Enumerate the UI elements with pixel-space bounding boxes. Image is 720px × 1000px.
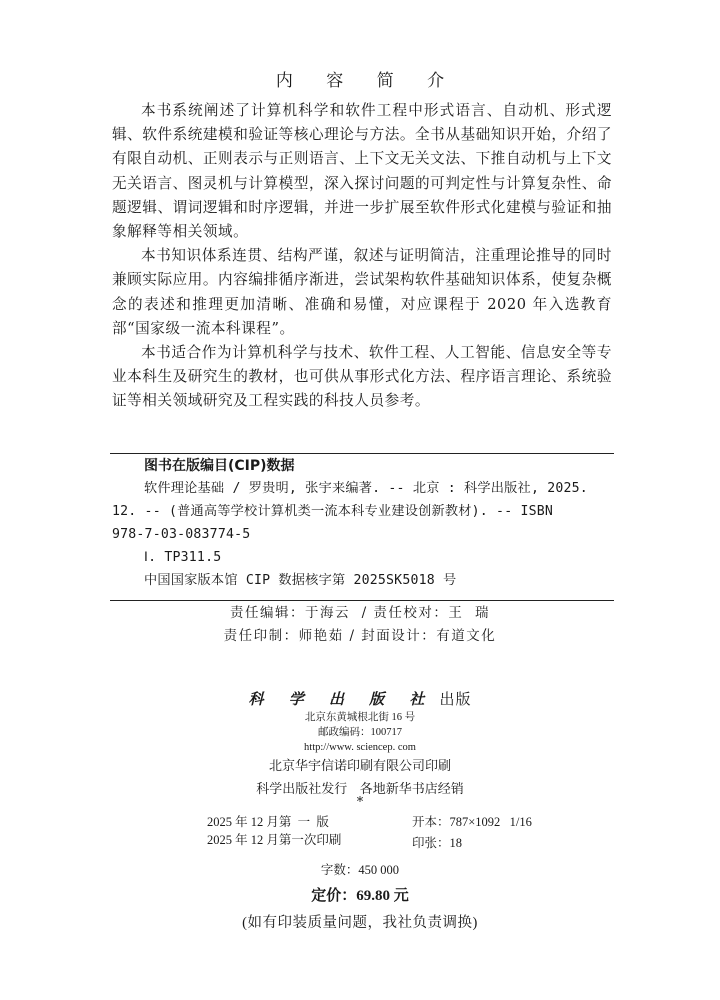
cip-line: Ⅰ. TP311.5: [112, 546, 612, 569]
format-text: 开本：787×1092 1/16: [412, 813, 532, 831]
intro-paragraph: 本书知识体系连贯、结构严谨，叙述与证明简洁，注重理论推导的同时兼顾实际应用。内容…: [112, 244, 612, 341]
copyright-page: 内 容 简 介 本书系统阐述了计算机科学和软件工程中形式语言、自动机、形式逻辑、…: [0, 0, 720, 1000]
printing-text: 2025 年 12 月第一次印刷: [207, 831, 412, 852]
cip-top-divider: [110, 453, 614, 454]
cip-bottom-divider: [110, 600, 614, 601]
edition-text: 2025 年 12 月第 一 版: [207, 813, 412, 831]
publisher-postcode: 邮政编码：100717: [0, 725, 720, 740]
cip-line: 中国国家版本馆 CIP 数据核字第 2025SK5018 号: [112, 569, 612, 592]
staff-line-production: 责任印制：师艳茹 / 封面设计：有道文化: [0, 625, 720, 648]
edition-info: 2025 年 12 月第 一 版 开本：787×1092 1/16 2025 年…: [207, 813, 532, 852]
printer: 北京华宇信诺印刷有限公司印刷: [0, 755, 720, 778]
staff-line-editors: 责任编辑：于海云 / 责任校对：王 瑞: [0, 602, 720, 625]
intro-paragraph: 本书系统阐述了计算机科学和软件工程中形式语言、自动机、形式逻辑、软件系统建模和验…: [112, 99, 612, 244]
publisher-block: 科 学 出 版 社 出版 北京东黄城根北街 16 号 邮政编码：100717 h…: [0, 688, 720, 801]
book-introduction: 本书系统阐述了计算机科学和软件工程中形式语言、自动机、形式逻辑、软件系统建模和验…: [112, 99, 612, 414]
publisher-logo-text: 科 学 出 版 社: [249, 690, 435, 708]
cip-line: 12. -- (普通高等学校计算机类一流本科专业建设创新教材). -- ISBN: [112, 500, 612, 523]
publisher-website: http://www. sciencep. com: [0, 740, 720, 755]
intro-paragraph: 本书适合作为计算机科学与技术、软件工程、人工智能、信息安全等专业本科生及研究生的…: [112, 341, 612, 414]
sheets-text: 印张：18: [412, 831, 462, 852]
page-title: 内 容 简 介: [0, 66, 720, 91]
price: 定价：69.80 元: [0, 884, 720, 905]
cip-line: 978-7-03-083774-5: [112, 523, 612, 546]
publisher-address: 北京东黄城根北街 16 号: [0, 710, 720, 725]
editorial-staff: 责任编辑：于海云 / 责任校对：王 瑞 责任印制：师艳茹 / 封面设计：有道文化: [0, 602, 720, 647]
word-count: 字数：450 000: [0, 860, 720, 878]
cip-data-block: 图书在版编目(CIP)数据 软件理论基础 / 罗贵明, 张宇来编著. -- 北京…: [112, 455, 612, 592]
quality-notice: (如有印装质量问题，我社负责调换): [0, 911, 720, 932]
publisher-suffix: 出版: [439, 690, 471, 708]
cip-heading: 图书在版编目(CIP)数据: [112, 455, 612, 477]
cip-line: 软件理论基础 / 罗贵明, 张宇来编著. -- 北京 : 科学出版社, 2025…: [112, 477, 612, 500]
separator-asterisk: *: [0, 795, 720, 810]
